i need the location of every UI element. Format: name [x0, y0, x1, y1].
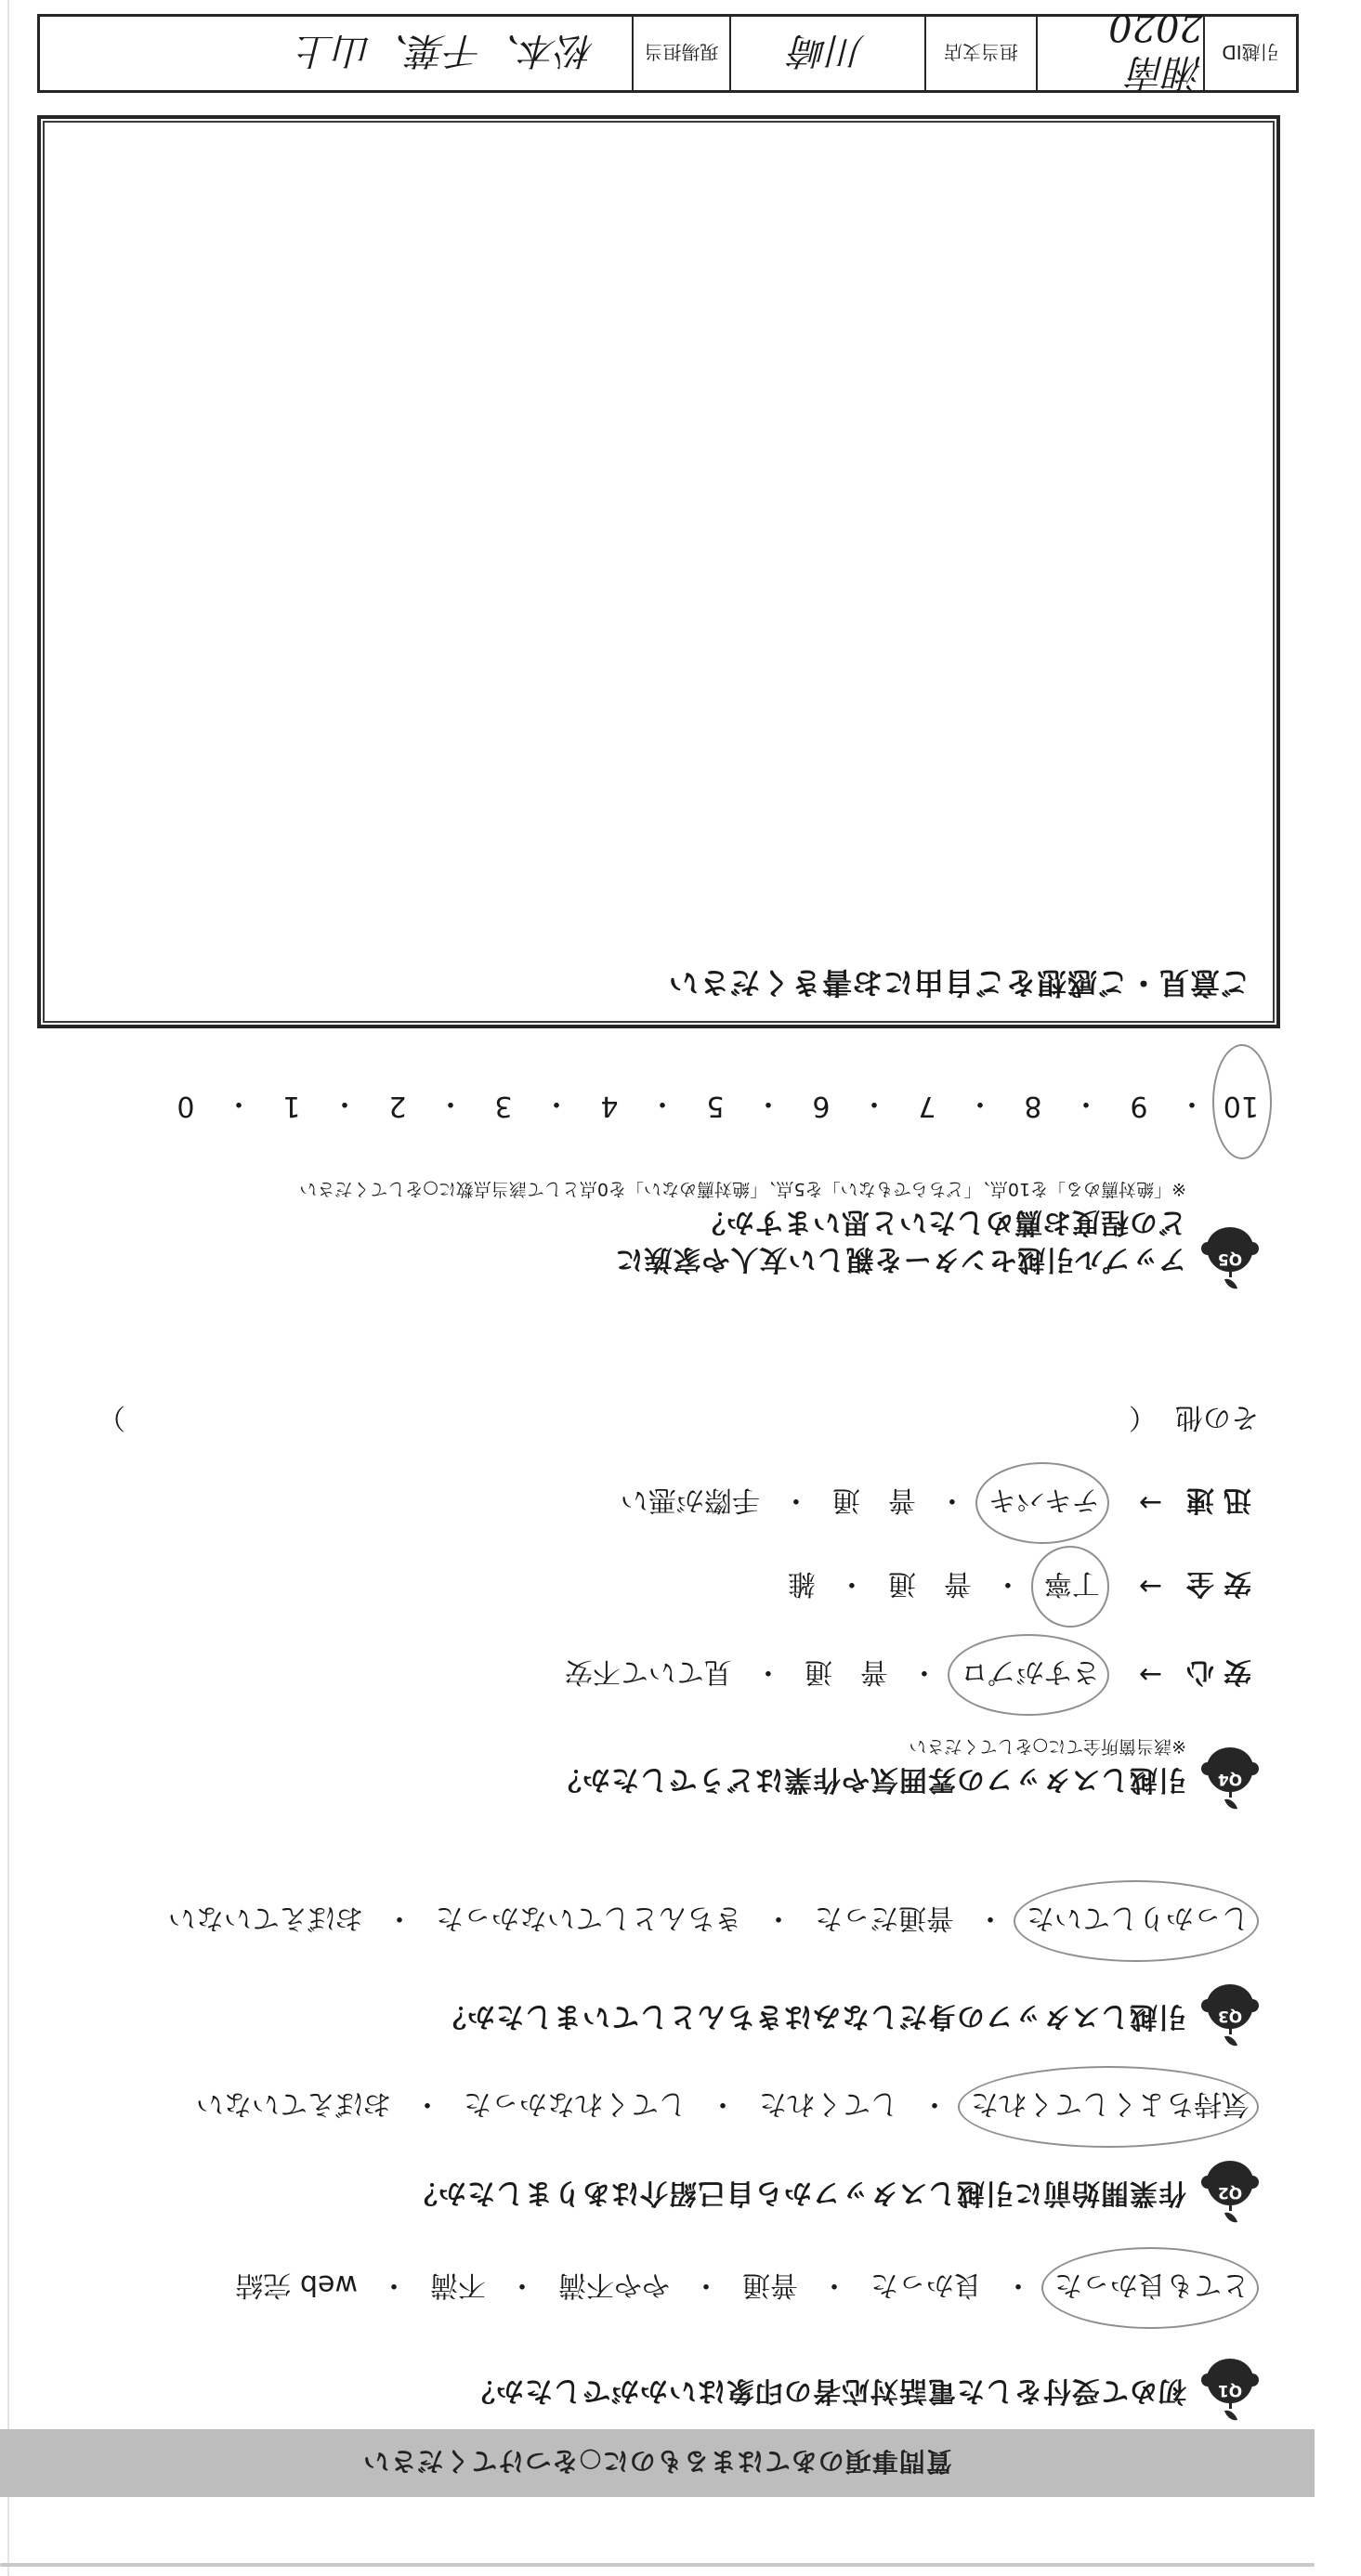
q1-options: とても良かった ・ 良かった ・ 普通 ・ やや不満 ・ 不満 ・ web 完結: [233, 2268, 1251, 2308]
apple-q-badge-icon: Q2: [1201, 2157, 1259, 2211]
comment-box[interactable]: ご意見・ご感想をご自由にお書きください: [37, 115, 1280, 1028]
q4-anshin-option-pro[interactable]: さすがプロ: [959, 1654, 1102, 1695]
arrow-right-icon: →: [1139, 1571, 1162, 1603]
q2-option-no[interactable]: してくれなかった: [462, 2086, 688, 2127]
branch-value: 川崎: [729, 17, 924, 90]
survey-form-page: 質問事項のあてはまるものに○をつけてください Q1 初めて受付をした電話対応者の…: [0, 0, 1361, 2576]
instruction-banner: 質問事項のあてはまるものに○をつけてください: [0, 2429, 1315, 2497]
question-q5: Q5 アップル引越センターを親しい友人や家族に どの程度お薦めしたいと思いますか…: [299, 1177, 1259, 1277]
q3-option-neat[interactable]: しっかりしていた: [1025, 1901, 1251, 1942]
comment-title: ご意見・ご感想をご自由にお書きください: [668, 963, 1250, 1006]
q1-option-dissatisfied[interactable]: 不満: [428, 2268, 488, 2308]
q3-option-dont-remember[interactable]: おぼえていない: [166, 1901, 365, 1942]
q4-row-jinsoku: 迅速 → テキパキ ・ 普 通 ・ 手際が悪い: [619, 1483, 1251, 1523]
question-title-line1: アップル引越センターを親しい友人や家族に: [299, 1240, 1186, 1277]
q2-option-dont-remember[interactable]: おぼえていない: [194, 2086, 393, 2127]
question-title: 引越しスタッフの身だしなみはきちんとしていましたか？: [438, 1997, 1186, 2034]
q4-anshin-option-uneasy[interactable]: 見ていて不安: [563, 1654, 734, 1695]
score-5[interactable]: 5: [701, 1091, 729, 1123]
arrow-right-icon: →: [1139, 1659, 1162, 1692]
move-id-label: 引越ID: [1203, 17, 1296, 90]
score-1[interactable]: 1: [278, 1091, 306, 1123]
q3-option-normal[interactable]: 普通だった: [813, 1901, 956, 1942]
question-note: ※「絶対薦める」を10点、「どちらでもない」を5点、「絶対薦めない」を0点として…: [299, 1177, 1186, 1201]
score-7[interactable]: 7: [913, 1091, 941, 1123]
q4-anzen-option-rough[interactable]: 雑: [786, 1566, 818, 1607]
apple-q-badge-icon: Q5: [1201, 1223, 1259, 1277]
q1-option-normal[interactable]: 普通: [740, 2268, 800, 2308]
q3-option-not-neat[interactable]: きちんとしていなかった: [434, 1901, 744, 1942]
q1-option-web[interactable]: web 完結: [233, 2268, 360, 2308]
q4-row-anshin: 安心 → さすがプロ ・ 普 通 ・ 見ていて不安: [563, 1654, 1251, 1695]
branch-label: 担当支店: [924, 17, 1036, 90]
question-title: 初めて受付をした電話対応者の印象はいかがでしたか？: [466, 2372, 1186, 2409]
question-q4: Q4 引越しスタッフの雰囲気や作業はどうでしたか？ ※該当箇所全てに○をしてくだ…: [553, 1734, 1259, 1798]
q4-anshin-option-normal[interactable]: 普 通: [803, 1654, 890, 1695]
q4-anzen-option-normal[interactable]: 普 通: [886, 1566, 974, 1607]
q5-recommend-scale: 10 ・ 9 ・ 8 ・ 7 ・ 6 ・ 5 ・ 4 ・ 3 ・ 2 ・ 1 ・…: [172, 1086, 1259, 1127]
question-q1: Q1 初めて受付をした電話対応者の印象はいかがでしたか？: [466, 2355, 1259, 2409]
question-title: 作業開始前に引越しスタッフから自己紹介はありましたか？: [409, 2174, 1186, 2211]
score-2[interactable]: 2: [384, 1091, 412, 1123]
q4-other-field[interactable]: その他 （ ）: [88, 1400, 1259, 1441]
question-q3: Q3 引越しスタッフの身だしなみはきちんとしていましたか？: [438, 1981, 1259, 2034]
q3-options: しっかりしていた ・ 普通だった ・ きちんとしていなかった ・ おぼえていない: [166, 1901, 1251, 1942]
q4-jinsoku-option-efficient[interactable]: テキパキ: [987, 1483, 1102, 1523]
page-shadow: [0, 2563, 1315, 2567]
question-title-line2: どの程度お薦めしたいと思いますか？: [299, 1203, 1186, 1240]
score-9[interactable]: 9: [1125, 1091, 1153, 1123]
q2-option-pleasantly[interactable]: 気持ちよくしてくれた: [969, 2086, 1251, 2127]
apple-q-badge-icon: Q3: [1201, 1981, 1259, 2034]
score-3[interactable]: 3: [490, 1091, 517, 1123]
score-4[interactable]: 4: [595, 1091, 623, 1123]
q4-jinsoku-option-clumsy[interactable]: 手際が悪い: [619, 1483, 762, 1523]
q4-row-anzen: 安全 → 丁寧 ・ 普 通 ・ 雑: [786, 1566, 1251, 1607]
question-q2: Q2 作業開始前に引越しスタッフから自己紹介はありましたか？: [409, 2157, 1259, 2211]
apple-q-badge-icon: Q1: [1201, 2355, 1259, 2409]
move-id-value: 湘南2020: [1036, 17, 1203, 90]
page-edge: [7, 0, 9, 2576]
q1-option-very-good[interactable]: とても良かった: [1053, 2268, 1251, 2308]
q2-options: 気持ちよくしてくれた ・ してくれた ・ してくれなかった ・ おぼえていない: [194, 2086, 1251, 2127]
q1-option-somewhat-dissatisfied[interactable]: やや不満: [556, 2268, 672, 2308]
score-8[interactable]: 8: [1019, 1091, 1047, 1123]
q1-option-good[interactable]: 良かった: [869, 2268, 984, 2308]
q4-anzen-option-careful[interactable]: 丁寧: [1042, 1566, 1102, 1607]
arrow-right-icon: →: [1139, 1487, 1162, 1520]
question-note: ※該当箇所全てに○をしてください: [553, 1734, 1186, 1759]
apple-q-badge-icon: Q4: [1201, 1744, 1259, 1798]
q2-option-yes[interactable]: してくれた: [757, 2086, 900, 2127]
score-6[interactable]: 6: [807, 1091, 835, 1123]
header-info-table: 引越ID 湘南2020 担当支店 川崎 現場担当 松本、千葉、山上: [37, 14, 1299, 93]
score-10[interactable]: 10: [1231, 1091, 1259, 1123]
score-0[interactable]: 0: [172, 1091, 200, 1123]
field-staff-label: 現場担当: [632, 17, 729, 90]
q4-jinsoku-option-normal[interactable]: 普 通: [831, 1483, 918, 1523]
field-staff-value: 松本、千葉、山上: [40, 17, 632, 90]
question-title: 引越しスタッフの雰囲気や作業はどうでしたか？: [553, 1760, 1186, 1798]
